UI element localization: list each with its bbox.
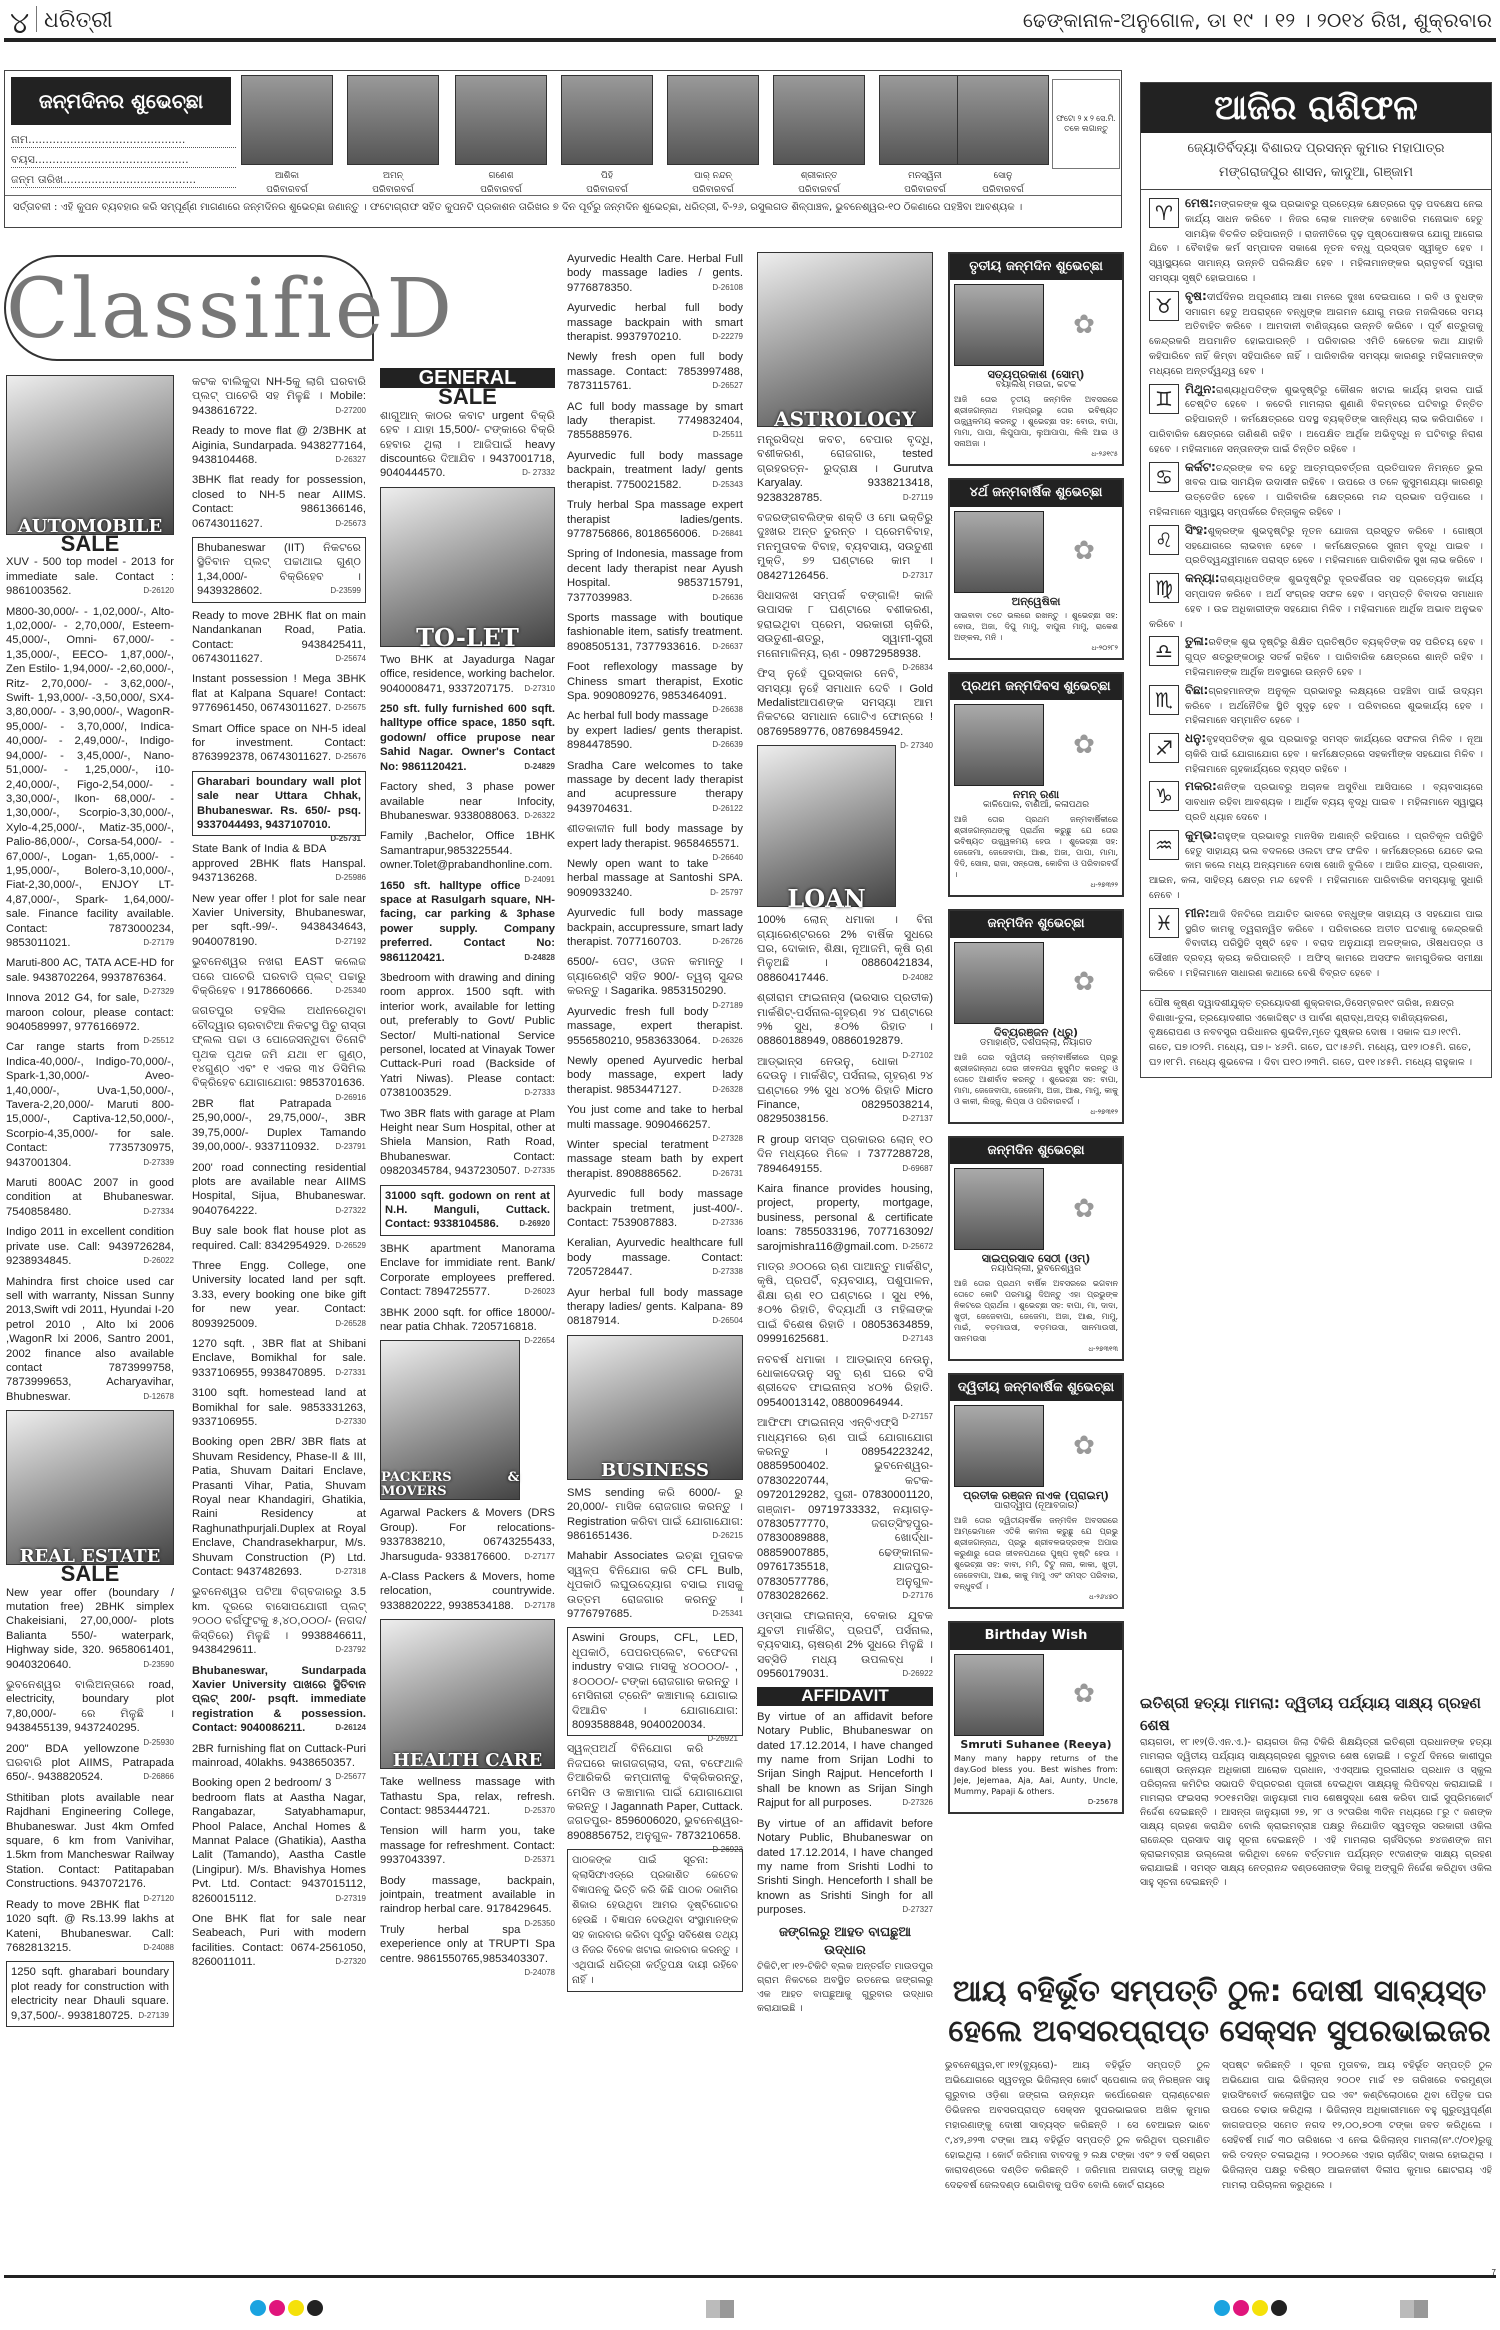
classified-ad: Gharabari boundary wall plot sale near U… [192,771,366,837]
ad-id: D-27328 [712,1132,743,1146]
ad-id: D-27333 [524,1086,555,1100]
ad-id: D-26834 [902,661,933,675]
classified-ad: ଓମ୍‌ସାଇ ଫାଇନାନ୍ସ, ବେକାର ଯୁବକ ଯୁବତୀ ମାର୍କ… [757,1609,933,1681]
sign-name: ମକର: [1185,779,1217,793]
ad-text: ସିଧାସଳଖ ସମ୍ପର୍କ ବଙ୍ଗାଳି! କାଳି ଉପାସକ ୮ ଘଣ… [757,590,933,660]
classified-ad: ଆଫିଫା ଫାଇନାନ୍ସ ଏନ୍‌ବିଏଫ୍‌ସି ମାଧ୍ୟମରେ ଋଣ … [757,1416,933,1603]
horoscope-entry: ♓ମୀନ:ଆଜି ଦିନଟିରେ ଅଯାଚିତ ଭାବରେ ବନ୍ଧୁଙ୍କ ସ… [1149,906,1483,982]
child-photo [954,1405,1044,1487]
age-field[interactable]: ବୟସ.....................................… [11,153,236,168]
ad-id: D-26637 [712,640,743,654]
black-dot [307,2300,323,2316]
ad-text: Booking open 2BR/ 3BR flats at Shuvam Re… [192,1436,366,1578]
balloon-icon: ✿ [1050,320,1118,331]
ad-id: D-27331 [335,1366,366,1380]
classified-ad: Family ,Bachelor, Office 1BHK Samantrapu… [380,829,555,872]
classified-ad: Ayur herbal full body massage therapy la… [567,1286,743,1329]
ad-list: କଟକ ବାଲିକୁଦା NH-5କୁ ଲାଗି ଘରବାରି ପ୍ଲଟ୍ ପା… [192,375,366,1970]
ad-id: D-27330 [335,1415,366,1429]
kid-photo-card: ଆଶିକାପରିବାରବର୍ଗ [241,75,333,197]
classified-ad: Instant possession ! Mega 3BHK flat at K… [192,672,366,715]
classified-ad: Mahabir Associates ଇଚ୍ଛା ମୁତାବକ ସ୍ୱଳ୍ପ ବ… [567,1549,743,1621]
ad-id: D-26640 [712,851,743,865]
wish-message: ସାଇବାବା ତତେ ଭଲରେ ରଖନ୍ତୁ । ଶୁଭେଚ୍ଛା ସହ: ବ… [954,610,1118,643]
classified-ad: 250 sft. fully furnished 600 sqft. hallt… [380,702,555,774]
wish-message: ଆଜି ତୋର ପ୍ରଥମ ବାର୍ଷିକ ଅବସରରେ ଭଗବାନ ତୋତେ … [954,1278,1118,1344]
ad-list: ମନ୍ତ୍ରସିଦ୍ଧ କବଚ, ବେପାର ବୃଦ୍ଧି, ବଶୀକରଣ, ର… [757,433,933,739]
classified-ad: ଭୁବନେଶ୍ୱର ବାଲିଅନ୍ତାରେ road, electricity,… [6,1678,174,1736]
child-name: ଅନ୍ୱେଷିକା [954,596,1118,607]
affidavit-list: By virtue of an affidavit before Notary … [757,1710,933,1918]
ad-text: Gharabari boundary wall plot sale near U… [197,776,361,831]
ad-id: D-27189 [712,999,743,1013]
birthday-wish-card: ଜନ୍ମଦିନ ଶୁଭେଚ୍ଛା✿ସାଇପ୍ରସାଦ ସେଠୀ (ଓମ୍)ନୟା… [948,1136,1124,1361]
ad-id: D-26108 [712,281,743,295]
horoscope-entry: ♈ମେଷ:ମଙ୍ଗଳଙ୍କ ଶୁଭ ପ୍ରଭାବରୁ ପ୍ରତ୍ୟେକ କ୍ଷେ… [1149,196,1483,287]
classified-ad: 2BR furnishing flat on Cuttack-Puri main… [192,1742,366,1771]
ad-list: Ayurvedic Health Care. Herbal Full body … [567,252,743,1329]
ad-id: D-26215 [712,1529,743,1543]
ad-id: D-26504 [712,1314,743,1328]
sign-name: କୁମ୍ଭ: [1185,828,1217,842]
classified-ad: You just come and take to herbal multi m… [567,1103,743,1132]
vigilance-body-col1: ଭୁବନେଶ୍ୱର,୧୮।୧୨(ବ୍ୟୁରୋ)- ଆୟ ବହିର୍ଭୂତ ସମ୍… [945,2058,1210,2193]
sign-name: କର୍କଟ: [1185,460,1216,474]
ad-text: 6500/- ପେଟ, ଓଜନ କମାନ୍ତୁ । ଗ୍ୟାରେଣ୍ଟି ସହି… [567,956,743,997]
classified-ad: 3BHK 2000 sqft. for office 18000/- near … [380,1306,555,1335]
ad-id: D-26638 [712,703,743,717]
classified-ad: Sthitiban plots available near Rajdhani … [6,1791,174,1892]
classified-ad: New year offer ! plot for sale near Xavi… [192,892,366,950]
crab-icon: ♋ [1149,462,1179,492]
kid-photo-card: ସୋନୁପରିବାରବର୍ଗ [957,75,1049,197]
classified-ad: Two BHK at Jayadurga Nagar office, resid… [380,653,555,696]
astrologer-byline: ଜ୍ୟୋତିର୍ବିଦ୍ୟା ବିଶାରଦ ପ୍ରସନ୍ନ କୁମାର ମହାପ… [1141,133,1491,190]
child-photo [954,284,1044,366]
classified-ad: Booking open 2BR/ 3BR flats at Shuvam Re… [192,1435,366,1579]
ad-id: D-27120 [143,1892,174,1906]
child-photo [954,1654,1044,1736]
kid-photo-card: ଅମନ୍ପରିବାରବର୍ଗ [347,75,439,197]
ad-id: D-24082 [902,971,933,985]
ad-id: D-24078 [524,1966,555,1980]
general-sale-column: GENERAL SALE ଶାଗୁଆନ୍ କାଠର କବାଟ urgent ବି… [380,368,555,1980]
sign-name: ମୀନ: [1185,906,1210,920]
ad-id: D-26124 [335,1721,366,1735]
header-rule [4,38,1496,42]
ad-id: D-25986 [335,871,366,885]
sign-name: ମେଷ: [1185,196,1214,210]
goat-icon: ♑ [1149,781,1179,811]
magenta-dot [269,2300,285,2316]
ad-text: You just come and take to herbal multi m… [567,1104,743,1130]
ad-id: D-25673 [335,517,366,531]
maiden-icon: ♍ [1149,573,1179,603]
sign-prediction: ଶୁକ୍ରଙ୍କ ଶୁଭଦୃଷ୍ଟିରୁ ନୂତନ ଯୋଜନା ପ୍ରସ୍ତୁତ… [1185,526,1483,567]
ad-text: By virtue of an affidavit before Notary … [757,1818,933,1916]
ad-id: D-27334 [143,1205,174,1219]
sign-prediction: ଦୀର୍ଘଦିନର ଅପୂରଣୀୟ ଆଶା ମନରେ ଦୁଃଖ ଦେଇପାରେ … [1149,292,1483,377]
gray-marks [1400,2300,1428,2318]
ad-id: D-12678 [143,1390,174,1404]
ad-id: D-27320 [335,1955,366,1969]
ad-id: D-27338 [712,1265,743,1279]
ad-id: D-26636 [712,591,743,605]
classified-ad: Ayurvedic full body massage backpain, tr… [567,449,743,492]
ad-id: D-24829 [524,760,555,774]
kid-photo [455,75,547,165]
wish-title: ଜନ୍ମଦିନ ଶୁଭେଚ୍ଛା [950,1138,1122,1164]
classified-ad: ନବବର୍ଷ ଧମାକା । ଆଡ୍‌ଭାନ୍ସ ନେଉନୁ, ଧୋକାଦେଉନ… [757,1353,933,1411]
ad-id: D-27310 [524,682,555,696]
child-name: Smruti Suhanee (Reeya) [954,1739,1118,1750]
classified-ad: Body massage, backpain, jointpain, treat… [380,1874,555,1917]
ad-id: D-27143 [902,1332,933,1346]
kid-photo-card: ଶ୍ରୀକାନ୍ତପରିବାରବର୍ଗ [773,75,865,197]
sign-name: କନ୍ୟା: [1185,571,1220,585]
ad-id: D-25731 [330,832,361,846]
kid-photo [241,75,333,165]
ad-id: D-26023 [524,1285,555,1299]
wish-title: ପ୍ରଥମ ଜନ୍ମଦିବସ ଶୁଭେଚ୍ଛା [950,674,1122,700]
kid-photo [773,75,865,165]
ad-id: D-25340 [335,984,366,998]
header-divider [36,6,37,32]
ad-id: ଧ-୨୭୩୧୩ [954,1344,1118,1355]
horoscope-entry: ♎ତୁଳା:ରବିଙ୍କ ଶୁଭ ଦୃଷ୍ଟିରୁ ଶିକ୍ଷିତ ପ୍ରତିଷ… [1149,634,1483,680]
classified-ad: One BHK flat for sale near Seabeach, Pur… [192,1912,366,1970]
ad-id: D-22654 [524,1334,555,1348]
vigilance-body-col2: ସ୍ପଷ୍ଟ କରିଛନ୍ତି । ସୂଚନା ମୁତାବକ, ଆୟ ବହିର୍… [1222,2058,1492,2193]
ad-text: ଜଗତପୁର ତହସିଲ ଅଧୀନରେଥିବା ଚୌଦ୍ୱାର ଚାରବାଟିଆ… [192,1005,366,1089]
ad-id: D-25678 [954,1797,1118,1808]
classified-ad: 200' road connecting residential plots a… [192,1161,366,1219]
ad-id: D-27326 [902,1796,933,1810]
classified-ad: Maruti-800 AC, TATA ACE-HD for sale. 943… [6,956,174,985]
classified-ad: 100% ଲୋନ୍ ଧମାକା । ବିନା ଗ୍ୟାରେଣ୍ଟରରେ 2% ବ… [757,913,933,985]
wish-message: ଆଜି ତୋର ଦ୍ୱିତୀୟ ଜନ୍ମବାର୍ଷିକୀରେ ପ୍ରଭୁ ଶ୍ର… [954,1052,1118,1107]
classified-ad: M800-30,000/- - 1,02,000/-, Alto- 1,02,0… [6,605,174,951]
ad-id: D-24088 [143,1941,174,1955]
ad-id: D-26528 [335,1317,366,1331]
ad-id: D- 27340 [900,739,933,753]
classified-ad: New year offer (boundary / mutation free… [6,1586,174,1672]
classified-ad: ଶ୍ରୀରାମ ଫାଇନାନ୍ସ (ଭରସାର ପ୍ରତୀକ) ମାର୍କଶିଟ… [757,991,933,1049]
cyan-dot [1214,2300,1230,2316]
astrology-category-image: ASTROLOGY [757,252,933,427]
classified-ad: ଭୁବନେଶ୍ୱର ପଟିଆ ବିଗ୍‌ବଜାରରୁ 3.5 km. ଦୂରରେ… [192,1585,366,1657]
classified-ad: 3BHK flat ready for possession, closed t… [192,473,366,531]
ad-id: D-26731 [712,1167,743,1181]
classified-ad: Buy sale book flat house plot as require… [192,1224,366,1253]
ad-id: D-25370 [524,1804,555,1818]
kid-photo-card: ଗଣେଶପରିବାରବର୍ଗ [455,75,547,197]
ad-text: ଆଫିଫା ଫାଇନାନ୍ସ ଏନ୍‌ବିଏଫ୍‌ସି ମାଧ୍ୟମରେ ଋଣ … [757,1417,933,1602]
classified-ad: Ayurvedic Health Care. Herbal Full body … [567,252,743,295]
name-field[interactable]: ନାମ.....................................… [11,133,236,148]
ad-text: Mahindra first choice used car sell with… [6,1276,174,1403]
bull-icon: ♉ [1149,291,1179,321]
ad-text: 2BR furnishing flat on Cuttack-Puri main… [192,1743,366,1769]
ad-id: D-27339 [143,1156,174,1170]
ad-id: ଧ-୨୦୨୮୨ [954,643,1118,654]
classified-ad: ସ୍ୱଳ୍ପଅର୍ଥ ବିନିଯୋଗ କରି ନିଜଘରେ କାଗଜଗ୍ଲାସ,… [567,1742,743,1843]
sign-prediction: ଗ୍ରହମାନଙ୍କ ଅନୁକୂଳ ପ୍ରଭାବରୁ ଲକ୍ଷ୍ୟରେ ପହଞ୍… [1185,686,1483,727]
ad-id: ଧ-୨୭୩୨୨ [954,880,1118,891]
ad-id: D-27317 [902,569,933,583]
ad-id: D-27335 [524,1164,555,1178]
twins-icon: ♊ [1149,384,1179,414]
registration-marks [1214,2300,1287,2316]
classified-ad: Bhubaneswar (IIT) ନିକଟରେ ସ୍ଥିତିବାନ ପ୍ଲଟ୍… [192,537,366,603]
water-bearer-icon: ♒ [1149,830,1179,860]
ad-id: D-27192 [335,935,366,949]
birthday-wish-card: Birthday Wish✿Smruti Suhanee (Reeya)Many… [948,1621,1124,1813]
balloon-icon: ✿ [1050,546,1118,557]
birthday-wish-card: ୪ର୍ଥ ଜନ୍ମବାର୍ଷିକ ଶୁଭେଚ୍ଛା✿ଅନ୍ୱେଷିକାସାଇବା… [948,478,1124,659]
automobile-column: AUTOMOBILE SALE XUV - 500 top model - 20… [6,375,174,2033]
ad-text: ଶୀତକାଳୀନ full body massage by expert lad… [567,823,743,849]
ad-id: D-26527 [712,379,743,393]
ad-text: 3bedroom with drawing and dining room ap… [380,972,555,1099]
classified-ad: R group ସମସ୍ତ ପ୍ରକାରର ଲୋନ୍ ୧୦ ଦିନ ମଧ୍ୟରେ… [757,1133,933,1176]
horoscope-entry: ♒କୁମ୍ଭ:ରାହୁଙ୍କ ପ୍ରଭାବରୁ ମାନସିକ ଅଶାନ୍ତି ର… [1149,828,1483,904]
ad-id: D-25674 [335,652,366,666]
classified-ad: By virtue of an affidavit before Notary … [757,1817,933,1918]
classified-ad: Spring of Indonesia, massage from decent… [567,547,743,605]
ad-id: D-26529 [335,1239,366,1253]
ad-id: ଧ-୨୬୪୭୦ [954,1592,1118,1603]
ad-id: D-25672 [902,1240,933,1254]
classified-ad: ମାତ୍ର ୬୦୦ରେ ଋଣ ପାଆନ୍ତୁ ମାର୍କଶିଟ୍, କୃଷି, … [757,1260,933,1346]
ad-id: D-26916 [335,1091,366,1105]
wish-message: ଆଜି ତୋର ପ୍ରଥମ ଜନ୍ମବାର୍ଷିକୀରେ ଶ୍ରୀଜଗନ୍ନାଥ… [954,814,1118,880]
child-name: ଦିବ୍ୟରଞ୍ଜନ (ଧ୍ରୁ) [954,1027,1118,1038]
horoscope-list: ♈ମେଷ:ମଙ୍ଗଳଙ୍କ ଶୁଭ ପ୍ରଭାବରୁ ପ୍ରତ୍ୟେକ କ୍ଷେ… [1141,190,1491,990]
balloon-icon: ✿ [1050,1689,1118,1700]
classified-ad: Ayurvedic full body massage backpain, ac… [567,906,743,949]
dateline: ଢେଙ୍କାନାଳ-ଅନୁଗୋଳ, ଡା ୧୯ । ୧୨ । ୨୦୧୪ ରିଖ,… [1023,8,1492,32]
ad-id: D-25675 [335,701,366,715]
classified-ad: 1250 sqft. gharabari boundary plot ready… [6,1961,174,2027]
coupon-terms: ସର୍ତ୍ତାବଳୀ : ଏହି କୁପନ ବ୍ୟବହାର କରି ସମ୍ପୂର… [13,202,1022,213]
ad-list: ଶାଗୁଆନ୍ କାଠର କବାଟ urgent ବିକ୍ରି ହେବ । ଯା… [380,409,555,481]
real-estate-column: କଟକ ବାଲିକୁଦା NH-5କୁ ଲାଗି ଘରବାରି ପ୍ଲଟ୍ ପା… [192,375,366,1976]
birthday-wish-card: ଜନ୍ମଦିନ ଶୁଭେଚ୍ଛା✿ଦିବ୍ୟରଞ୍ଜନ (ଧ୍ରୁ)ଡମାହାଣ… [948,909,1124,1123]
classified-logo: ClassifieD [4,255,374,361]
classified-ad: Booking open 2 bedroom/ 3 bedroom flats … [192,1776,366,1906]
classified-ad: ଜଗତପୁର ତହସିଲ ଅଧୀନରେଥିବା ଚୌଦ୍ୱାର ଚାରବାଟିଆ… [192,1004,366,1090]
ad-text: Family ,Bachelor, Office 1BHK Samantrapu… [380,830,555,871]
packers-movers-category-image: PACKERS & MOVERS [380,1340,520,1500]
ad-id: D-27139 [138,2009,169,2023]
ad-id: D-25371 [524,1853,555,1867]
wish-title: ଦ୍ୱିତୀୟ ଜନ୍ମବାର୍ଷିକ ଶୁଭେଚ୍ଛା [950,1375,1122,1401]
newspaper-name: ଧରିତ୍ରୀ [44,8,113,33]
ad-id: D-23599 [330,584,361,598]
classified-ad: Ayurvedic herbal full body massage backp… [567,301,743,344]
child-photo [954,942,1044,1024]
ad-text: Car range starts from Indica-40,000/-, I… [6,1041,174,1168]
classified-ad: Ready to move 2BHK flat on main Nandanka… [192,609,366,667]
classified-ad: Tension will harm you, take massage for … [380,1824,555,1867]
ad-id: D-27178 [524,1599,555,1613]
ad-id: D-26923 [712,1843,743,1857]
ad-id: D-26120 [143,584,174,598]
ad-id: D-26639 [712,738,743,752]
ad-id: D-25677 [335,1770,366,1784]
horoscope-entry: ♌ସିଂହ:ଶୁକ୍ରଙ୍କ ଶୁଭଦୃଷ୍ଟିରୁ ନୂତନ ଯୋଜନା ପ୍… [1149,523,1483,569]
ad-id: D-27336 [712,1216,743,1230]
classified-ad: Newly opened Ayurvedic herbal body massa… [567,1054,743,1097]
sign-name: ଧନୁ: [1185,731,1206,745]
ram-icon: ♈ [1149,198,1179,228]
sign-prediction: ମଙ୍ଗଳଙ୍କ ଶୁଭ ପ୍ରଭାବରୁ ପ୍ରତ୍ୟେକ କ୍ଷେତ୍ରରେ… [1149,199,1483,284]
birthday-wishes-column: ତୃତୀୟ ଜନ୍ମଦିନ ଶୁଭେଚ୍ଛା✿ସତ୍ୟପ୍ରକାଶ (ସୋମ୍)… [948,252,1124,1826]
ad-id: D-25512 [143,1034,174,1048]
ad-list: Two BHK at Jayadurga Nagar office, resid… [380,653,555,1334]
ad-list: XUV - 500 top model - 2013 for immediate… [6,555,174,1404]
cyan-dot [250,2300,266,2316]
ad-text: ସ୍ୱଳ୍ପଅର୍ଥ ବିନିଯୋଗ କରି ନିଜଘରେ କାଗଜଗ୍ଲାସ,… [567,1743,743,1841]
classified-ad: Kaira finance provides housing, project,… [757,1182,933,1254]
birthday-wish-card: ତୃତୀୟ ଜନ୍ମଦିନ ଶୁଭେଚ୍ଛା✿ସତ୍ୟପ୍ରକାଶ (ସୋମ୍)… [948,252,1124,466]
child-name: ନମନ୍ ରଣା [954,789,1118,800]
automobile-category-image: AUTOMOBILE [6,375,174,535]
ad-id: D-22279 [712,330,743,344]
health-business-column: Ayurvedic Health Care. Herbal Full body … [567,252,743,1992]
reader-notice: ପାଠକଙ୍କ ପାଇଁ ସୂଚନା: କ୍ଲାସିଫାଏଡ୍‌ରେ ପ୍ରକା… [567,1849,743,1992]
photo-slot: ଫଟୋ ୨ x ୨ ସେ.ମି. ତଳେ ଲଗାନ୍ତୁ [1052,79,1120,169]
ad-list: 100% ଲୋନ୍ ଧମାକା । ବିନା ଗ୍ୟାରେଣ୍ଟରରେ 2% ବ… [757,913,933,1681]
classified-ad: By virtue of an affidavit before Notary … [757,1710,933,1811]
classified-ad: Two 3BR flats with garage at Plam Height… [380,1107,555,1179]
classified-ad: Take wellness massage with Tathastu Spa,… [380,1775,555,1818]
classified-ad: ଶୀତକାଳୀନ full body massage by expert lad… [567,822,743,851]
classified-ad: XUV - 500 top model - 2013 for immediate… [6,555,174,598]
ad-id: D-26921 [707,1732,738,1746]
footer-page-number: 7 [1492,2268,1496,2277]
ad-text: Foot reflexology massage by Chiness smar… [567,661,743,702]
wish-title: Birthday Wish [950,1623,1122,1649]
ad-id: D-27102 [902,1049,933,1063]
child-photo [954,704,1044,786]
ad-id: D-25343 [712,478,743,492]
ad-text: ଶ୍ରୀରାମ ଫାଇନାନ୍ସ (ଭରସାର ପ୍ରତୀକ) ମାର୍କଶିଟ… [757,992,933,1047]
child-place: କାଳିପୋଲ, ବାଣିଆଁ, କଳାପଥର [954,800,1118,811]
itishree-headline: ଇତିଶ୍ରୀ ହତ୍ୟା ମାମଲା: ଦ୍ୱିତୀୟ ପର୍ଯ୍ୟାୟ ସା… [1140,1692,1492,1736]
horoscope-entry: ♏ବିଛା:ଗ୍ରହମାନଙ୍କ ଅନୁକୂଳ ପ୍ରଭାବରୁ ଲକ୍ଷ୍ୟର… [1149,683,1483,729]
classified-ad: ଭୁବନେଶ୍ୱର ନଖରା EAST କଲେଜ ପରେ ପାଚେରି ଘରବା… [192,955,366,998]
ad-id: D-25341 [712,1607,743,1621]
yellow-dot [1252,2300,1268,2316]
classified-ad: 3BHK apartment Manorama Enclave for immi… [380,1242,555,1300]
wish-message: ଆଜି ତୋର ଦ୍ୱିତୀୟବର୍ଷିକ ଜନ୍ମଦିନ ଅବସରରେ ଆମ୍… [954,1515,1118,1592]
ad-id: D-26328 [712,1083,743,1097]
health-care-category-image: HEALTH CARE [380,1619,555,1769]
rashifal-title: ଆଜିର ରାଶିଫଳ [1141,83,1491,133]
coupon-divider [5,195,1121,196]
footer-rule [4,2275,1496,2278]
loan-category-image: LOAN [757,745,896,907]
ad-id: D-26327 [335,453,366,467]
dob-field[interactable]: ଜନ୍ମ ତାରିଖ..............................… [11,173,236,188]
horoscope-entry: ♍କନ୍ୟା:ରାଶ୍ୟାଧିପତିଙ୍କ ଶୁଭଦୃଷ୍ଟିରୁ ଦୂରଦର୍… [1149,571,1483,632]
ad-id: D-27322 [335,1204,366,1218]
business-category-image: BUSINESS [567,1335,743,1480]
registration-marks [250,2300,323,2316]
kid-photo [667,75,759,165]
ad-id: D-26841 [712,527,743,541]
classified-ad: Three Engg. College, one University loca… [192,1259,366,1331]
ad-id: D- 25797 [710,886,743,900]
ad-id: D-27119 [903,491,933,505]
child-photo [954,511,1044,593]
child-place: ଡମାହାଣ୍ଡି, ଦଶପଲ୍ଲା, ନୟାଗଡ [954,1038,1118,1049]
scales-icon: ♎ [1149,636,1179,666]
ad-id: D-26322 [524,809,555,823]
classified-ad: Car range starts from Indica-40,000/-, I… [6,1040,174,1170]
ad-list: SMS sending କରି 6000/- ରୁ 20,000/- ମାସିକ… [567,1486,743,1843]
itishree-body: ରାୟଗଡା, ୧୮।୧୨(ଡି.ଏନ.ଏ.)- ରାୟଗଡା ଜିଲା ଟିକ… [1140,1736,1492,1890]
ad-id: D-25676 [335,750,366,764]
classified-ad: 3100 sqft. homestead land at Bomikhal fo… [192,1386,366,1429]
black-dot [1271,2300,1287,2316]
classified-ad: Indigo 2011 in excellent condition priva… [6,1225,174,1268]
ad-id: D-25930 [143,1736,174,1750]
ad-id: D-69687 [902,1162,933,1176]
ad-text: ଭୁବନେଶ୍ୱର ବାଲିଅନ୍ତାରେ road, electricity,… [6,1679,174,1734]
astrology-loan-column: ASTROLOGY ମନ୍ତ୍ରସିଦ୍ଧ କବଚ, ବେପାର ବୃଦ୍ଧି,… [757,252,933,2016]
ad-text: Booking open 2 bedroom/ 3 bedroom flats … [192,1777,366,1904]
ad-text: M800-30,000/- - 1,02,000/-, Alto- 1,02,0… [6,606,174,949]
birthday-wish-card: ପ୍ରଥମ ଜନ୍ମଦିବସ ଶୁଭେଚ୍ଛା✿ନମନ୍ ରଣାକାଳିପୋଲ,… [948,672,1124,897]
child-photo [954,1168,1044,1250]
ad-id: D-25350 [524,1917,555,1931]
itishree-news: ଇତିଶ୍ରୀ ହତ୍ୟା ମାମଲା: ଦ୍ୱିତୀୟ ପର୍ଯ୍ୟାୟ ସା… [1140,1692,1492,1890]
real-estate-category-image: REAL ESTATE [6,1410,174,1565]
panjika: ପୌଷ କୃଷ୍ଣ ଦ୍ୱାଦଶୀଯୁକ୍ତ ତ୍ରୟୋଦଶୀ ଶୁକ୍ରବାର… [1141,990,1491,1077]
ad-id: D-27319 [335,1892,366,1906]
classified-ad: Keralian, Ayurvedic healthcare full body… [567,1236,743,1279]
fish-icon: ♓ [1149,908,1179,938]
sign-name: ବିଛା: [1185,683,1208,697]
ad-id: D-24828 [524,951,555,965]
ad-id: D-26920 [519,1217,550,1231]
sign-name: ମିଥୁନ: [1185,382,1216,396]
ad-id: D-27157 [902,1410,933,1424]
balloon-icon: ✿ [1050,740,1118,751]
classified-ad: ଆଡ୍‌ଭାନ୍ସ ନେଉନୁ, ଧୋକା ଦେଉନୁ । ମାର୍କଶିଟ୍,… [757,1055,933,1127]
classified-ad: Ready to move 2BHK flat 1020 sqft. @ Rs.… [6,1898,174,1956]
ad-id: D-27179 [143,936,174,950]
ad-id: D-27137 [902,1112,933,1126]
ad-id: D- 27332 [522,466,555,480]
section-heading: SALE [6,537,174,551]
classified-ad: 31000 sqft. godown on rent at N.H. Mangu… [380,1185,555,1236]
classified-ad: 2BR flat Patrapada 25,90,000/-, 29,75,00… [192,1097,366,1155]
ad-id: D-23792 [335,1643,366,1657]
classified-ad: Bhubaneswar, Sundarpada Xavier Universit… [192,1664,366,1736]
gray-marks [706,2300,734,2318]
tiger-cub-body: ଟିକିଟି,୧୮।୧୨-ଟିକିଟି ବ୍ଲକ ଅନ୍ତର୍ଗତ ମାଉଡପୁ… [757,1960,933,2016]
classified-ad: କଟକ ବାଲିକୁଦା NH-5କୁ ଲାଗି ଘରବାରି ପ୍ଲଟ୍ ପା… [192,375,366,418]
horoscope-entry: ♐ଧନୁ:ବୃହସ୍ପତିଙ୍କ ଶୁଭ ପ୍ରଭାବରୁ ସମସ୍ତ କାର୍… [1149,731,1483,777]
ad-text: Maruti-800 AC, TATA ACE-HD for sale. 943… [6,957,174,983]
rashifal-panel: ଆଜିର ରାଶିଫଳ ଜ୍ୟୋତିର୍ବିଦ୍ୟା ବିଶାରଦ ପ୍ରସନ୍… [1140,82,1492,1078]
kid-photo [347,75,439,165]
ad-text: Body massage, backpain, jointpain, treat… [380,1875,555,1916]
